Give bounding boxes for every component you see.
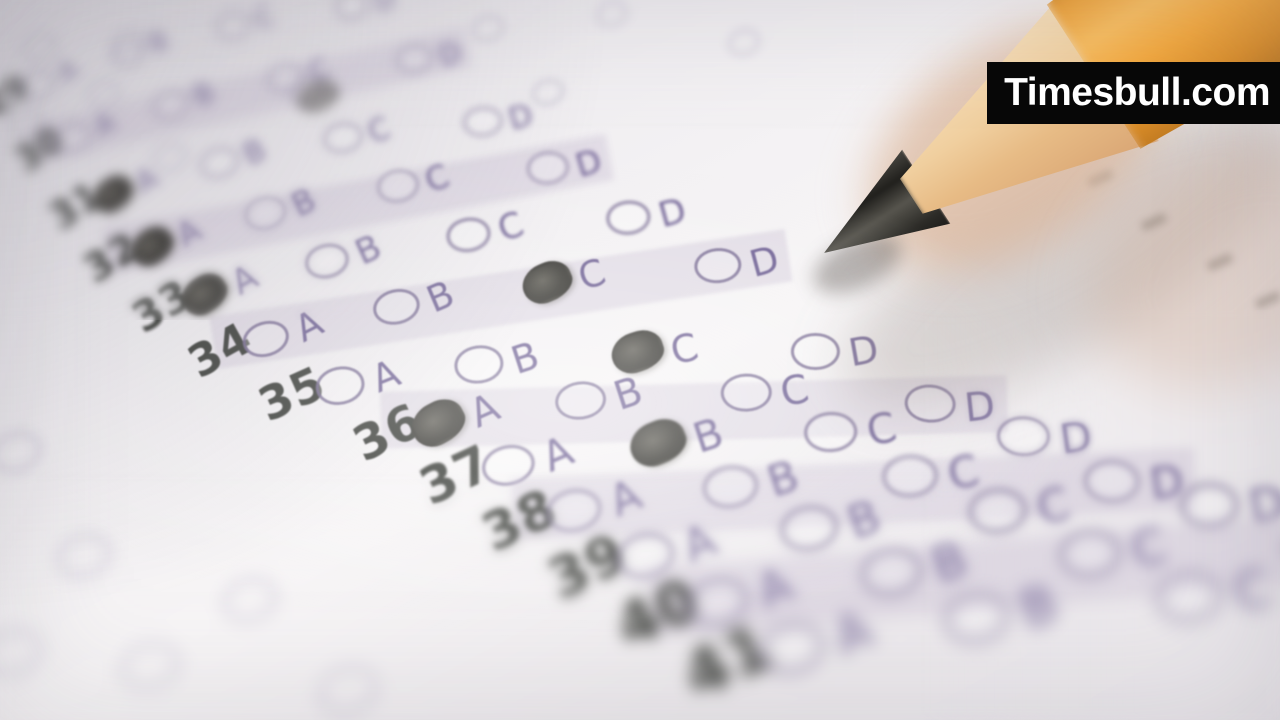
- answer-bubble: [1155, 570, 1224, 625]
- answer-bubble: [1058, 528, 1123, 580]
- option-letter: A: [224, 257, 264, 303]
- answer-bubble: [301, 239, 352, 283]
- answer-option: A: [18, 55, 83, 106]
- ghost-number-mark: [1254, 291, 1280, 310]
- option-letter: B: [143, 25, 173, 60]
- answer-bubble: [369, 285, 423, 330]
- answer-bubble: [214, 9, 252, 41]
- ghost-bubble: [529, 75, 567, 108]
- answer-option: C: [213, 1, 276, 44]
- answer-bubble: [334, 0, 371, 21]
- ghost-number-mark: [1206, 253, 1233, 272]
- answer-bubble: [241, 193, 289, 234]
- watermark-label: Timesbull.com: [1004, 71, 1270, 115]
- option-letter: C: [666, 325, 703, 374]
- option-letter: C: [492, 204, 528, 250]
- answer-bubble: [1084, 459, 1141, 503]
- ghost-bubble: [149, 139, 192, 176]
- answer-bubble: [553, 378, 608, 423]
- answer-bubble: [755, 617, 830, 680]
- answer-option: C: [320, 111, 393, 158]
- answer-bubble: [395, 43, 434, 75]
- answer-option: B: [300, 228, 384, 286]
- answer-bubble: [904, 383, 957, 425]
- answer-option: C: [1057, 520, 1168, 584]
- answer-bubble: [941, 588, 1013, 647]
- answer-option: C: [882, 447, 981, 502]
- answer-option: B: [195, 133, 269, 185]
- ghost-bubble: [469, 11, 507, 44]
- option-letter: C: [363, 110, 395, 150]
- answer-bubble: [605, 199, 652, 237]
- answer-sheet-photo: 29ABCD30ABCD31ABCD32ABCD33ABCD34ABCD35AB…: [0, 0, 1280, 720]
- answer-option: D: [693, 239, 781, 289]
- ghost-bubble: [0, 426, 46, 478]
- answer-bubble: [375, 167, 422, 206]
- ghost-number-mark: [1086, 169, 1113, 188]
- answer-bubble: [312, 362, 367, 408]
- answer-bubble: [803, 410, 858, 453]
- answer-option: C: [966, 478, 1071, 540]
- option-letter: D: [963, 383, 998, 432]
- ghost-bubble: [313, 659, 384, 720]
- answer-option: C: [1154, 561, 1272, 630]
- option-letter: D: [505, 97, 537, 137]
- answer-option: B: [451, 335, 541, 390]
- answer-option: C: [720, 368, 810, 417]
- ghost-bubble: [51, 528, 116, 585]
- answer-bubble: [462, 105, 503, 138]
- answer-bubble: [996, 416, 1050, 458]
- answer-bubble: [452, 343, 505, 387]
- answer-bubble: [526, 150, 571, 186]
- option-letter: A: [52, 54, 83, 89]
- answer-bubble: [321, 119, 365, 155]
- answer-option: C: [611, 326, 699, 376]
- watermark-badge: Timesbull.com: [987, 62, 1280, 124]
- ghost-bubble: [0, 622, 48, 681]
- option-letter: D: [370, 0, 399, 18]
- ghost-bubble: [217, 572, 282, 629]
- answer-bubble: [693, 246, 743, 286]
- ghost-number-mark: [1068, 123, 1095, 142]
- option-letter: C: [250, 1, 279, 36]
- ghost-number-mark: [1140, 213, 1167, 232]
- answer-option: C: [803, 404, 898, 457]
- answer-bubble: [882, 453, 939, 498]
- answer-option: C: [443, 206, 526, 259]
- answer-bubble: [777, 502, 841, 555]
- answer-bubble: [444, 214, 493, 255]
- answer-option: D: [334, 0, 397, 23]
- option-letter: B: [762, 451, 806, 508]
- answer-bubble: [791, 333, 840, 370]
- option-letter: D: [845, 327, 882, 375]
- answer-option: D: [903, 379, 997, 431]
- answer-option: D: [605, 193, 688, 240]
- answer-bubble: [967, 486, 1029, 535]
- ghost-bubble: [593, 0, 630, 30]
- ghost-bubble: [725, 25, 763, 58]
- option-letter: C: [862, 402, 901, 455]
- answer-option: A: [88, 161, 163, 218]
- answer-bubble: [700, 462, 760, 511]
- answer-bubble: [196, 143, 241, 182]
- answer-option: D: [462, 99, 535, 141]
- option-letter: B: [349, 227, 387, 273]
- answer-option: D: [1084, 455, 1185, 508]
- answer-bubble: [857, 545, 925, 601]
- option-letter: B: [238, 132, 272, 173]
- ghost-bubble: [115, 635, 186, 697]
- answer-bubble: [238, 315, 293, 363]
- answer-bubble: [720, 373, 772, 413]
- option-letter: D: [654, 191, 690, 237]
- option-letter: B: [506, 333, 545, 383]
